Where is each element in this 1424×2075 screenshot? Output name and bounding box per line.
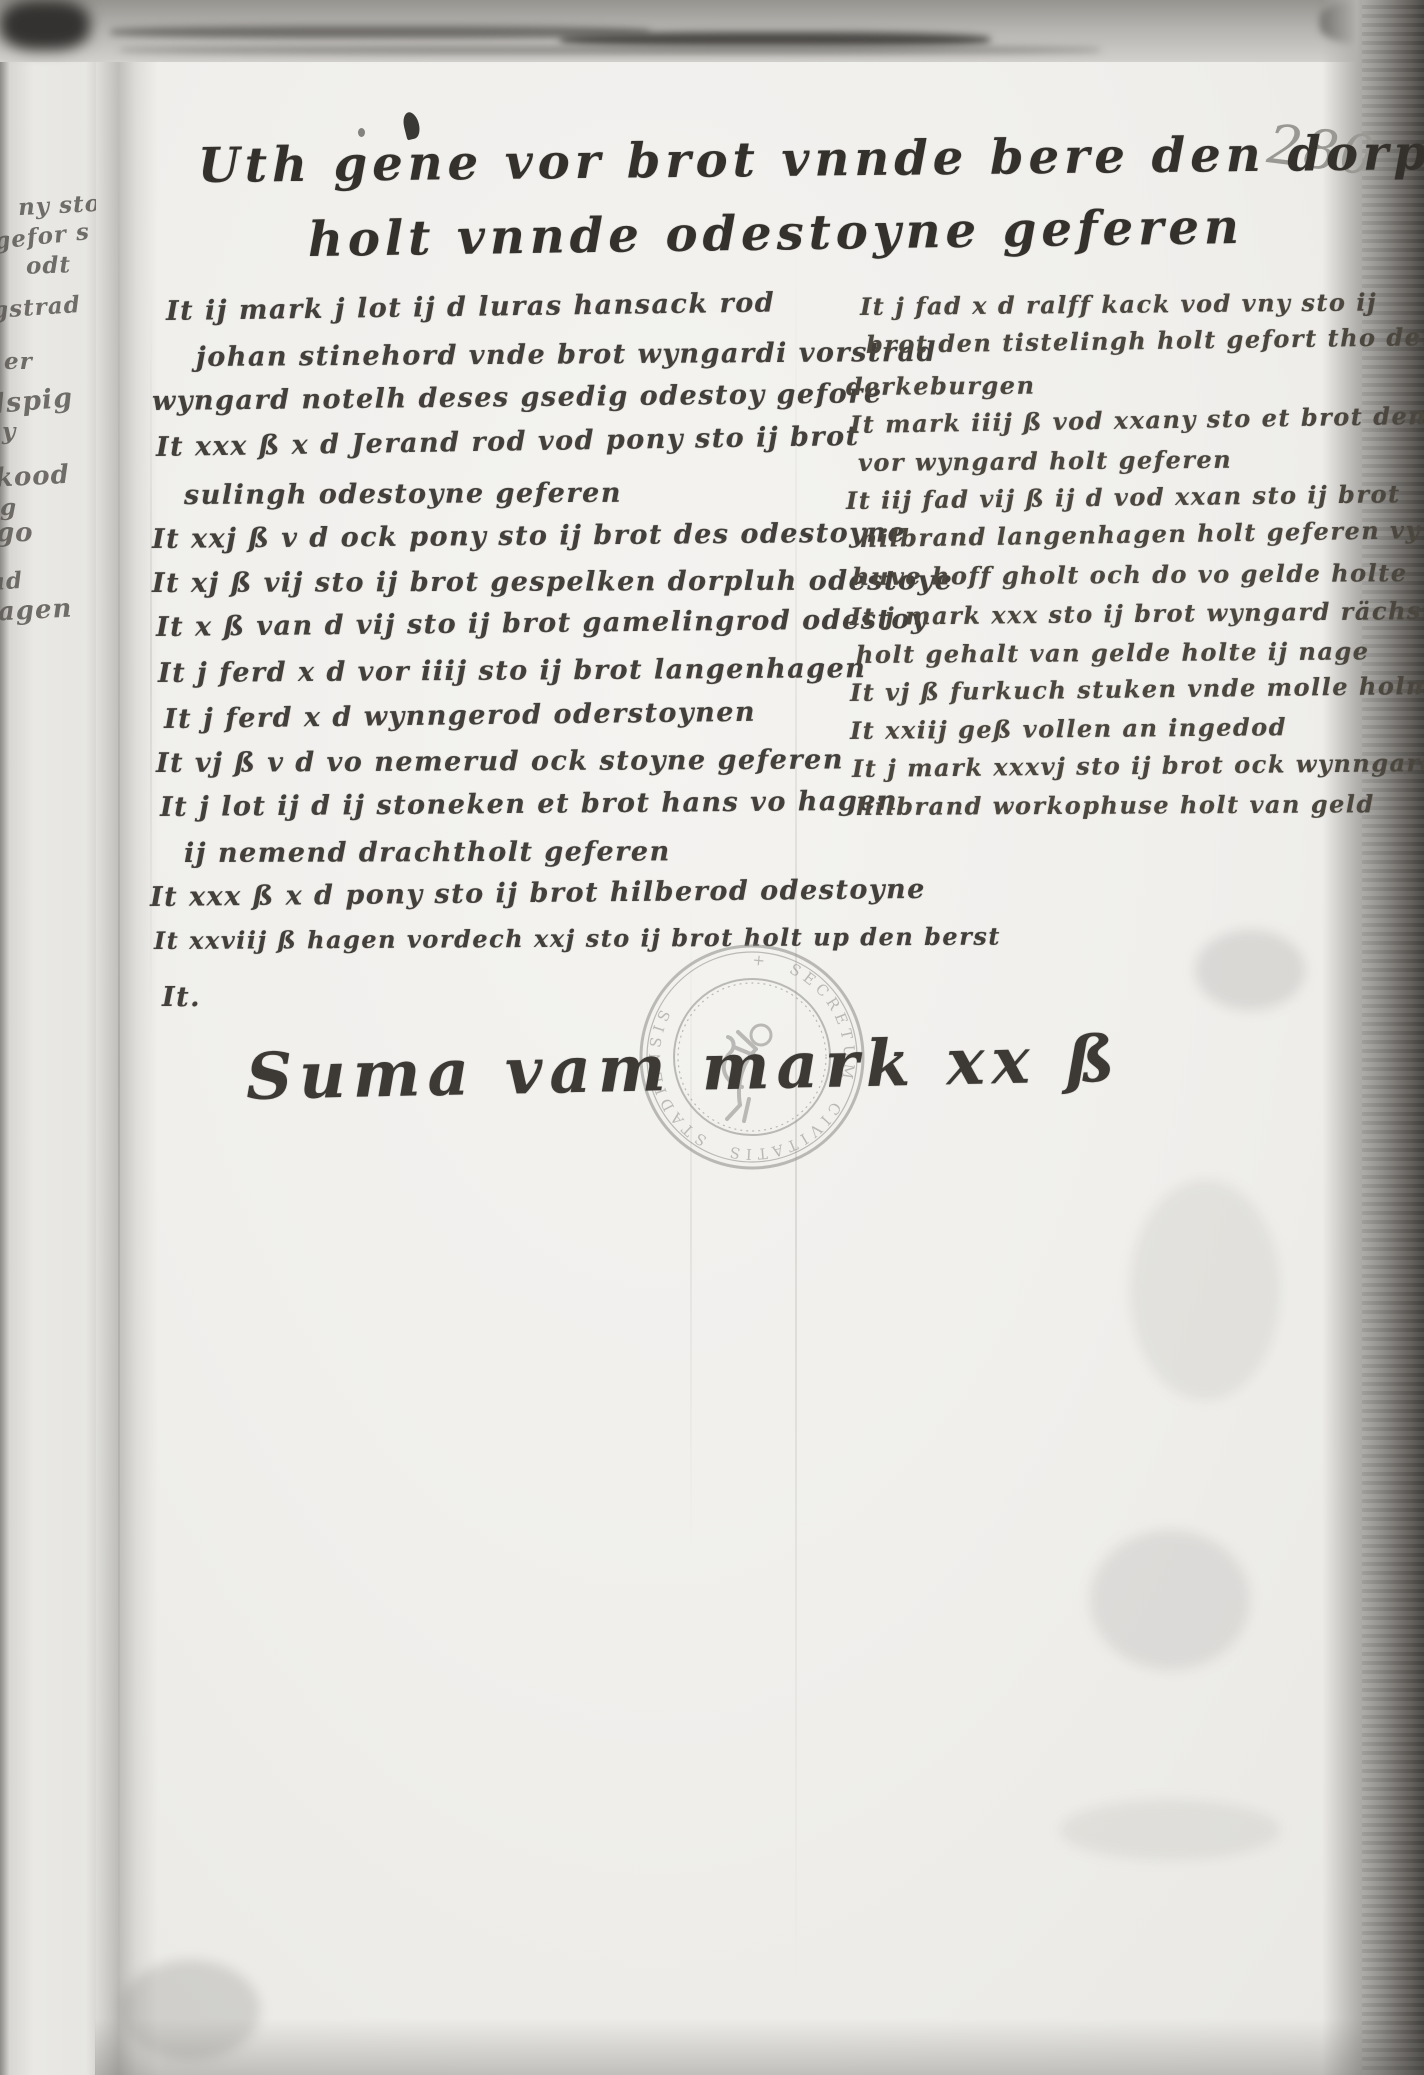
margin-fragment: y [2, 418, 16, 445]
margin-fragment: gefor s [0, 218, 91, 255]
edge-stain [120, 46, 1100, 54]
book-top-edge [0, 0, 1424, 62]
bleedthrough-smudge [1090, 1530, 1250, 1670]
entry-line: It j fad x d ralff kack vod vny sto ij [860, 287, 1377, 321]
margin-fragment: dspig [0, 382, 74, 420]
entry-line: It j lot ij d ij stoneken et brot hans v… [160, 786, 898, 823]
entry-line: huve hoff gholt och do vo gelde holte [852, 558, 1408, 591]
entry-line: sulingh odestoyne geferen [184, 478, 622, 511]
entry-line: It xxj ß v d ock pony sto ij brot des od… [152, 517, 906, 555]
entry-line: hilbrand workophuse holt van geld [856, 789, 1375, 821]
bleedthrough-smudge [1130, 1180, 1280, 1400]
margin-fragment: go [0, 518, 34, 548]
entry-line: johan stinehord vnde brot wyngardi vorst… [196, 337, 937, 373]
margin-fragment: odt [26, 251, 72, 280]
entry-line: It. [162, 982, 201, 1013]
bottom-edge-shadow [95, 2018, 1424, 2075]
bleedthrough-smudge [1060, 1800, 1280, 1860]
gutter-shadow [86, 0, 158, 2075]
margin-fragment: g [0, 494, 17, 521]
entry-line: It j mark xxx sto ij brot wyngard rächst [850, 596, 1424, 631]
entry-line: It j mark xxxvj sto ij brot ock wynngard [852, 748, 1424, 783]
bleedthrough-smudge [1195, 930, 1305, 1010]
margin-fragment: hagen [0, 594, 73, 629]
manuscript-scan: ny sto gefor s odt gstrad er dspig y lko… [0, 0, 1424, 2075]
corner-shadow [120, 1960, 260, 2060]
entry-line: It vj ß v d vo nemerud ock stoyne gefere… [156, 744, 844, 779]
entry-line: It xxviij ß hagen vordech xxj sto ij bro… [154, 922, 1001, 955]
entry-line: It xxiij geß vollen an ingedod [850, 712, 1287, 745]
entry-line: It j ferd x d vor iiij sto ij brot lange… [158, 653, 867, 689]
margin-fragment: er [4, 348, 33, 375]
margin-fragment: lkood [0, 460, 70, 494]
margin-fragment: gstrad [0, 291, 82, 324]
entry-line: It xj ß vij sto ij brot gespelken dorplu… [152, 565, 953, 599]
entry-line: ij nemend drachtholt geferen [184, 836, 671, 869]
margin-fragment: ny sto [17, 190, 96, 221]
entry-line: vor wyngard holt geferen [858, 445, 1232, 477]
crease-line [118, 60, 120, 2075]
entry-line: derkeburgen [846, 371, 1036, 401]
margin-fragment: ad [0, 567, 24, 596]
edge-stain [0, 0, 90, 50]
previous-page-edge: ny sto gefor s odt gstrad er dspig y lko… [0, 56, 96, 2075]
entry-line: holt gehalt van gelde holte ij nage [856, 636, 1370, 669]
